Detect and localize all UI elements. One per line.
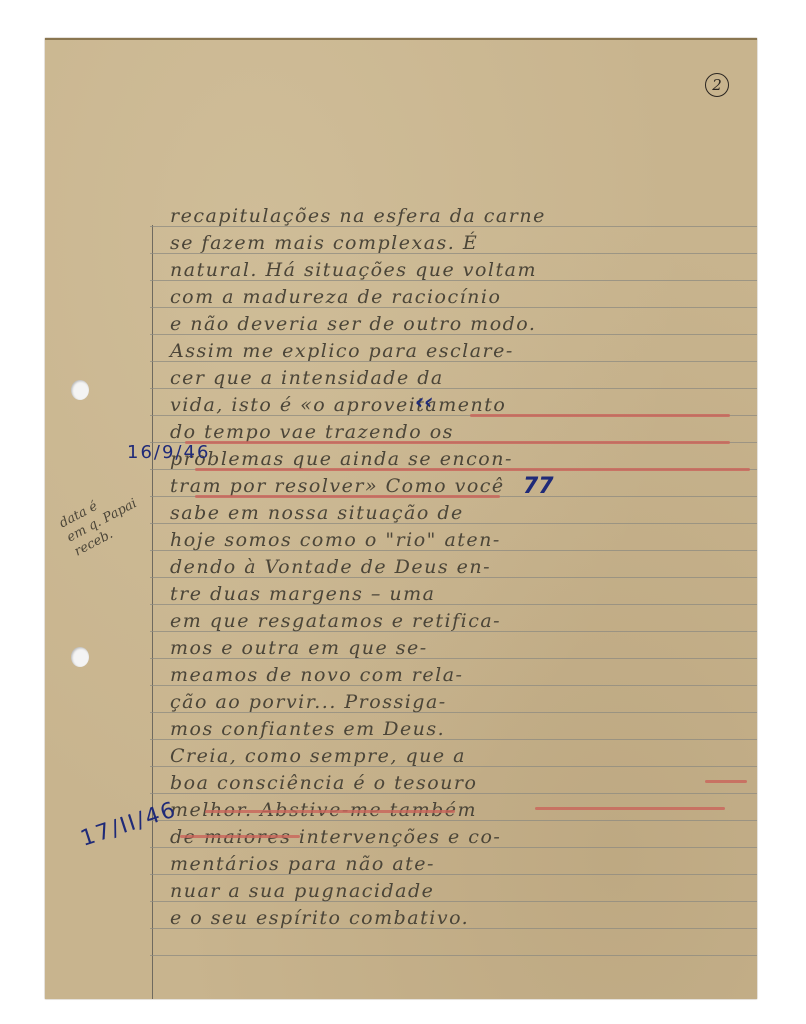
handwritten-line: nuar a sua pugnacidade <box>170 875 755 902</box>
handwritten-line: mos confiantes em Deus. <box>170 713 755 740</box>
handwritten-line: boa consciência é o tesouro <box>170 767 755 794</box>
handwritten-line: cer que a intensidade da <box>170 362 755 389</box>
handwritten-line: tram por resolver» Como você <box>170 470 755 497</box>
handwritten-line: mentários para não ate- <box>170 848 755 875</box>
manuscript-page: 2 recapitulações na esfera da carne se f… <box>45 38 757 999</box>
handwritten-line: natural. Há situações que voltam <box>170 254 755 281</box>
red-underline <box>185 441 730 444</box>
red-underline <box>180 835 300 838</box>
page-number: 2 <box>705 73 729 97</box>
handwritten-line: Assim me explico para esclare- <box>170 335 755 362</box>
handwritten-line: e não deveria ser de outro modo. <box>170 308 755 335</box>
margin-date-bottom: 17/II/46 <box>78 797 181 852</box>
handwritten-line: Creia, como sempre, que a <box>170 740 755 767</box>
red-underline <box>205 810 455 813</box>
open-quote-mark: ‹‹ <box>415 390 433 415</box>
red-underline <box>470 414 730 417</box>
close-quote-mark: 77 <box>523 474 554 499</box>
handwritten-line: ção ao porvir... Prossiga- <box>170 686 755 713</box>
ruled-line <box>150 955 757 956</box>
handwritten-line: meamos de novo com rela- <box>170 659 755 686</box>
handwritten-line: do tempo vae trazendo os <box>170 416 755 443</box>
handwritten-line: sabe em nossa situação de <box>170 497 755 524</box>
punch-hole-bottom <box>71 647 89 667</box>
red-underline <box>195 495 500 498</box>
handwritten-line: com a madureza de raciocínio <box>170 281 755 308</box>
handwritten-line: problemas que ainda se encon- <box>170 443 755 470</box>
punch-hole-top <box>71 380 89 400</box>
handwritten-line: recapitulações na esfera da carne <box>170 200 755 227</box>
margin-line <box>152 225 153 999</box>
handwritten-line: se fazem mais complexas. É <box>170 227 755 254</box>
red-underline <box>705 780 747 783</box>
handwritten-line: hoje somos como o "rio" aten- <box>170 524 755 551</box>
red-underline <box>195 468 750 471</box>
margin-note: data é em q. Papai receb. <box>57 482 147 560</box>
red-underline <box>535 807 725 810</box>
handwritten-line: vida, isto é «o aproveitamento <box>170 389 755 416</box>
handwritten-line: dendo à Vontade de Deus en- <box>170 551 755 578</box>
margin-date-top: 16/9/46 <box>127 442 210 463</box>
handwritten-line: tre duas margens – uma <box>170 578 755 605</box>
handwritten-line: em que resgatamos e retifica- <box>170 605 755 632</box>
handwritten-line: mos e outra em que se- <box>170 632 755 659</box>
handwritten-line: e o seu espírito combativo. <box>170 902 755 929</box>
